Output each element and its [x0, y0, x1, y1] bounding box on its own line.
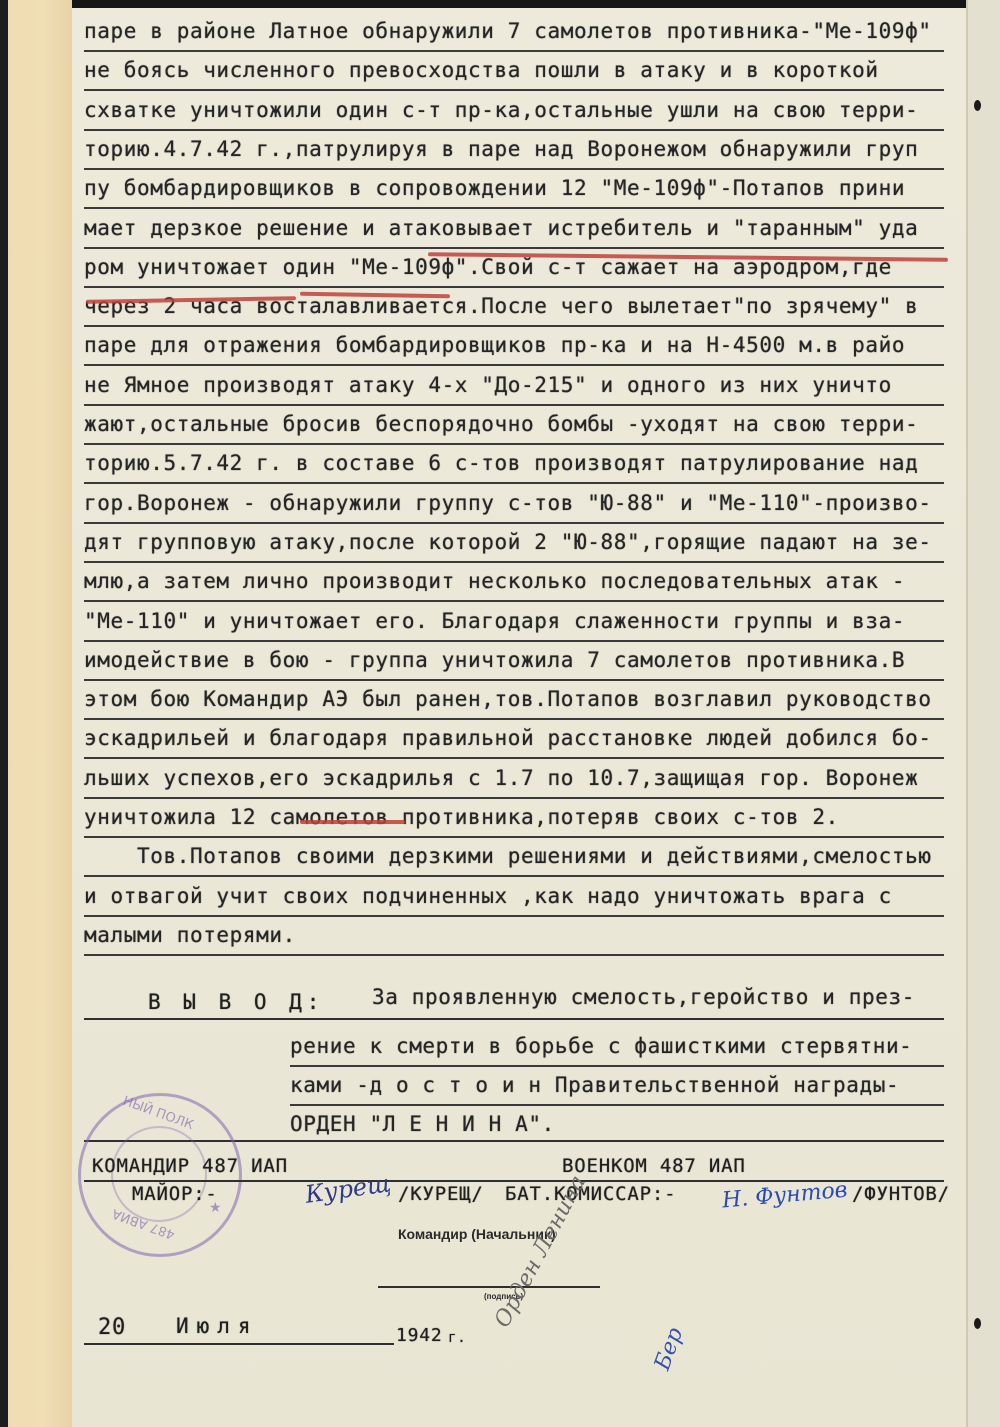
scan-top-edge	[72, 0, 1000, 8]
text-line: этом бою Командир АЭ был ранен,тов.Потап…	[84, 680, 944, 720]
date-year: 1942	[396, 1325, 443, 1346]
punch-hole	[974, 100, 981, 111]
conclusion-line: За проявленную смелость,геройство и през…	[290, 978, 944, 1016]
red-underline	[300, 820, 405, 824]
date-suffix: г.	[448, 1330, 466, 1346]
commander-name: /КУРЕЩ/	[398, 1183, 484, 1205]
binding-margin	[0, 0, 73, 1427]
commissar-title: ВОЕНКОМ 487 ИАП	[562, 1155, 746, 1177]
text-line: не боясь численного превосходства пошли …	[84, 51, 944, 91]
scan-edge	[0, 0, 8, 1427]
text-line: Тов.Потапов своими дерзкими решениями и …	[84, 837, 944, 877]
punch-hole	[974, 1318, 981, 1329]
conclusion-line: рение к смерти в борьбе с фашисткими сте…	[290, 1027, 944, 1067]
text-line: пу бомбардировщиков в сопровождении 12 "…	[84, 169, 944, 209]
text-line: паре в районе Латное обнаружили 7 самоле…	[84, 12, 944, 52]
text-line: не Ямное производят атаку 4-х "До-215" и…	[84, 366, 944, 406]
date-line	[84, 1343, 394, 1345]
text-line: льших успехов,его эскадрилья с 1.7 по 10…	[84, 759, 944, 799]
text-line: гор.Воронеж - обнаружили группу с-тов "Ю…	[84, 484, 944, 524]
date-day: 20	[98, 1315, 126, 1340]
text-line: малыми потерями.	[84, 916, 944, 956]
text-line: дят групповую атаку,после которой 2 "Ю-8…	[84, 523, 944, 563]
text-line: эскадрильей и благодаря правильной расст…	[84, 719, 944, 759]
text-line: жают,остальные бросив беспорядочно бомбы…	[84, 405, 944, 445]
text-line: мает дерзкое решение и атаковывает истре…	[84, 209, 944, 249]
commander-title: КОМАНДИР 487 ИАП	[92, 1155, 288, 1177]
text-line: схватке уничтожили один с-т пр-ка,осталь…	[84, 91, 944, 131]
commissar-rank: БАТ.КОМИССАР:-	[505, 1183, 676, 1205]
text-line: и отвагой учит своих подчиненных ,как на…	[84, 877, 944, 917]
date-month: Июля	[176, 1314, 259, 1338]
conclusion-line: ками -д о с т о и н Правительственной на…	[290, 1066, 944, 1106]
text-line: торию.4.7.42 г.,патрулируя в паре над Во…	[84, 130, 944, 170]
signature-line	[378, 1286, 600, 1288]
text-line: имодействие в бою - группа уничтожила 7 …	[84, 641, 944, 681]
commander-rank: МАЙОР:-	[132, 1183, 218, 1205]
right-margin	[966, 0, 1000, 1427]
text-line: уничтожила 12 самолетов противника,потер…	[84, 798, 944, 838]
text-line: через 2 часа восталавливается.После чего…	[84, 287, 944, 327]
text-line: "Ме-110" и уничтожает его. Благодаря сла…	[84, 602, 944, 642]
conclusion-line: ОРДЕН "Л Е Н И Н А".	[290, 1105, 944, 1143]
ruled-line	[84, 1018, 944, 1020]
text-line: торию.5.7.42 г. в составе 6 с-тов произв…	[84, 444, 944, 484]
text-line: паре для отражения бомбардировщиков пр-к…	[84, 326, 944, 366]
text-line: млю,а затем лично производит несколько п…	[84, 562, 944, 602]
commissar-name: /ФУНТОВ/	[852, 1183, 950, 1205]
